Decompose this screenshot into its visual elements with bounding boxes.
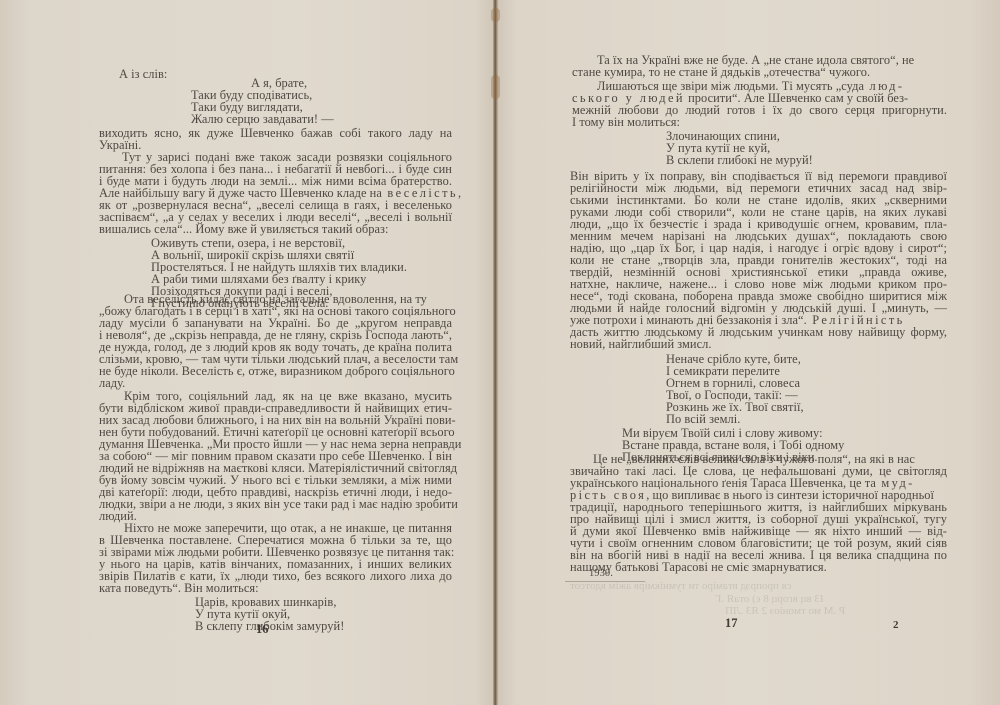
text-line: І тому він молиться: [572, 115, 680, 129]
text-line: По всій землі. [666, 412, 740, 426]
show-through-text: ІЗ вц вгорц 8 є) отаЯ .Г [715, 593, 824, 605]
page-number-right: 17 [725, 616, 738, 631]
signature-mark: 2 [893, 619, 899, 631]
text-line: вишались села“... Йому вже й увиляється … [99, 222, 389, 236]
show-through-text: ся пропрэд втаміро ти тумнікмірв ажім вд… [570, 580, 792, 592]
text-line: А із слів: [119, 67, 167, 81]
gutter-stain [491, 75, 500, 99]
text-line: В склепи глибокі не муруй! [666, 153, 813, 167]
text-line: ладу. [99, 376, 125, 390]
text-line: стане кумира, то не стане й дядьків „оте… [572, 65, 870, 79]
text-line: не буде ніколи. Веселість є, отже, вираз… [99, 364, 452, 378]
page-number-left: 16 [256, 622, 269, 637]
text-line: ката поведуть“. Він молиться: [99, 581, 259, 595]
book-gutter [493, 0, 498, 705]
text-line: виходить ясно, як дуже Шевченко бажав со… [99, 126, 452, 140]
text-line: Жалю серцю завдавати! — [191, 112, 334, 126]
show-through-text: Р .М мо тмоніоз 2 ЯЗ .ЛП [725, 605, 845, 617]
text-line: людки, звіри а не люди, з яких він усе т… [99, 497, 452, 511]
text-line: новий, найглибший змисл. [570, 337, 712, 351]
essay-date: 1930. [589, 567, 613, 581]
gutter-stain [491, 8, 500, 22]
text-line: В склепу глибокім замуруй! [195, 619, 344, 633]
